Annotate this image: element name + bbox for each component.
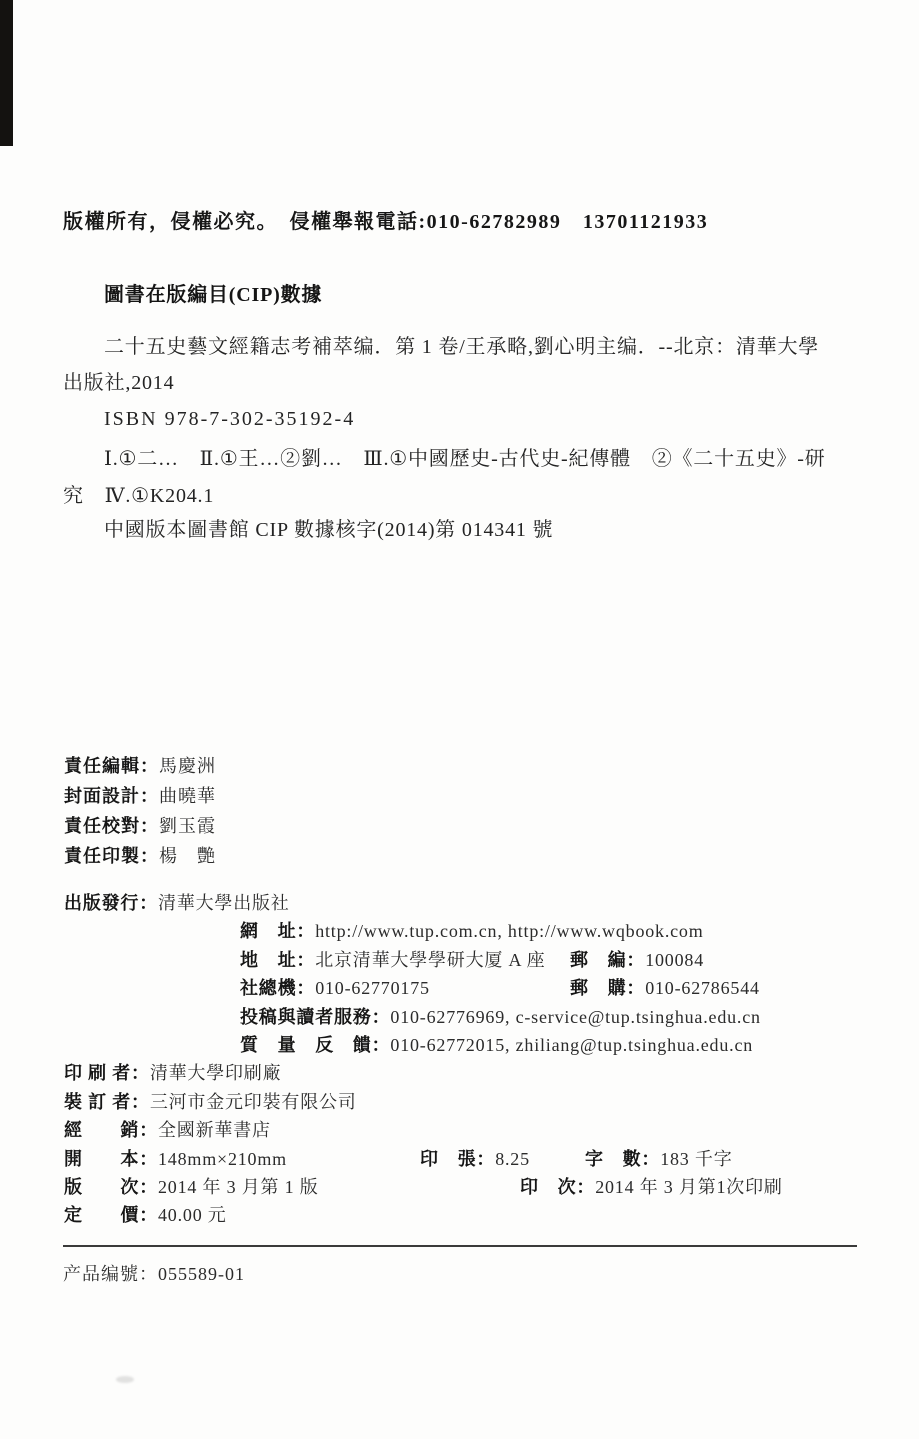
copyright-page: 版權所有，侵權必究。 侵權舉報電話:010-62782989 137011219… bbox=[0, 0, 919, 1439]
copyright-notice: 版權所有，侵權必究。 侵權舉報電話:010-62782989 137011219… bbox=[63, 205, 708, 234]
publishing-value: 全國新華書店 bbox=[158, 1120, 271, 1140]
publishing-label: 定 價： bbox=[64, 1205, 158, 1225]
publishing-row: 版 次：2014 年 3 月第 1 版 印 次：2014 年 3 月第1次印刷 bbox=[64, 1173, 876, 1201]
product-code: 产品编號：055589-01 bbox=[63, 1260, 245, 1286]
publishing-value: 100084 bbox=[645, 950, 704, 970]
publishing-block: 出版發行：清華大學出版社 網 址：http://www.tup.com.cn, … bbox=[64, 889, 876, 1230]
cip-header: 圖書在版編目(CIP)數據 bbox=[63, 280, 875, 310]
publishing-label: 網 址： bbox=[240, 921, 315, 941]
product-code-label: 产品编號： bbox=[63, 1264, 158, 1284]
staff-row: 責任印製：楊 艷 bbox=[64, 841, 216, 871]
staff-value: 曲曉華 bbox=[159, 786, 216, 806]
publishing-value: 010-62786544 bbox=[645, 978, 760, 998]
publishing-label: 印 刷 者： bbox=[64, 1063, 150, 1083]
publishing-label: 印 次： bbox=[520, 1177, 595, 1197]
publishing-row: 出版發行：清華大學出版社 bbox=[64, 889, 876, 917]
publishing-value: 010-62776969, c-service@tup.tsinghua.edu… bbox=[390, 1007, 760, 1027]
publishing-value: 010-62772015, zhiliang@tup.tsinghua.edu.… bbox=[390, 1035, 753, 1055]
publishing-row: 印 刷 者：清華大學印刷廠 bbox=[64, 1059, 876, 1087]
staff-label: 封面設計： bbox=[64, 786, 159, 806]
staff-value: 劉玉霞 bbox=[159, 816, 216, 836]
publishing-value: 清華大學出版社 bbox=[158, 893, 290, 913]
cip-block: 圖書在版編目(CIP)數據 二十五史藝文經籍志考補萃编．第 1 卷/王承略,劉心… bbox=[63, 280, 875, 545]
cip-title-line-2: 出版社,2014 bbox=[63, 368, 875, 398]
publishing-extra-pair: 郵 編：100084 bbox=[570, 946, 704, 974]
staff-label: 責任編輯： bbox=[64, 756, 159, 776]
staff-row: 責任編輯：馬慶洲 bbox=[64, 751, 216, 781]
publishing-print-pair: 印 次：2014 年 3 月第1次印刷 bbox=[520, 1173, 783, 1201]
publishing-value: 2014 年 3 月第 1 版 bbox=[158, 1177, 319, 1197]
cip-class-line-1: Ⅰ.①二… Ⅱ.①王…②劉… Ⅲ.①中國歷史-古代史-紀傳體 ②《二十五史》-研 bbox=[63, 444, 875, 474]
staff-block: 責任編輯：馬慶洲 封面設計：曲曉華 責任校對：劉玉霞 責任印製：楊 艷 bbox=[64, 751, 216, 871]
staff-label: 責任印製： bbox=[64, 846, 159, 866]
staff-value: 馬慶洲 bbox=[159, 756, 216, 776]
staff-row: 封面設計：曲曉華 bbox=[64, 781, 216, 811]
publishing-value: 010-62770175 bbox=[315, 978, 430, 998]
publishing-label: 社總機： bbox=[240, 978, 315, 998]
publishing-label: 出版發行： bbox=[64, 893, 158, 913]
cip-record: 中國版本圖書館 CIP 數據核字(2014)第 014341 號 bbox=[63, 515, 875, 545]
publishing-value: 40.00 元 bbox=[158, 1205, 227, 1225]
scan-smudge bbox=[116, 1376, 134, 1383]
publishing-value: http://www.tup.com.cn, http://www.wqbook… bbox=[315, 921, 703, 941]
publishing-label: 裝 訂 者： bbox=[64, 1092, 150, 1112]
publishing-label: 郵 編： bbox=[570, 950, 645, 970]
staff-value: 楊 艷 bbox=[159, 846, 216, 866]
divider-rule bbox=[63, 1245, 857, 1247]
publishing-value: 148mm×210mm bbox=[158, 1149, 287, 1169]
publishing-row: 網 址：http://www.tup.com.cn, http://www.wq… bbox=[64, 917, 876, 945]
publishing-extra-pair: 郵 購：010-62786544 bbox=[570, 974, 760, 1002]
publishing-label: 版 次： bbox=[64, 1177, 158, 1197]
publishing-value: 8.25 bbox=[495, 1149, 530, 1169]
publishing-extra-pair: 字 數：183 千字 bbox=[585, 1145, 733, 1173]
publishing-value: 三河市金元印裝有限公司 bbox=[150, 1092, 357, 1112]
publishing-row: 經 銷：全國新華書店 bbox=[64, 1116, 876, 1144]
publishing-value: 北京清華大學學研大厦 A 座 bbox=[315, 950, 545, 970]
isbn-line: ISBN 978-7-302-35192-4 bbox=[63, 404, 875, 434]
publishing-label: 地 址： bbox=[240, 950, 315, 970]
publishing-label: 開 本： bbox=[64, 1149, 158, 1169]
publishing-row: 質 量 反 饋：010-62772015, zhiliang@tup.tsing… bbox=[64, 1031, 876, 1059]
cip-class-line-2: 究 Ⅳ.①K204.1 bbox=[63, 481, 875, 511]
publishing-label: 字 數： bbox=[585, 1149, 660, 1169]
publishing-value: 183 千字 bbox=[660, 1149, 732, 1169]
publishing-label: 投稿與讀者服務： bbox=[240, 1007, 390, 1027]
publishing-label: 質 量 反 饋： bbox=[240, 1035, 390, 1055]
staff-label: 責任校對： bbox=[64, 816, 159, 836]
publishing-row: 定 價：40.00 元 bbox=[64, 1201, 876, 1229]
corner-scan-mark bbox=[0, 0, 13, 146]
publishing-value: 2014 年 3 月第1次印刷 bbox=[595, 1177, 783, 1197]
publishing-row: 開 本：148mm×210mm 印 張：8.25 字 數：183 千字 bbox=[64, 1145, 876, 1173]
publishing-label: 經 銷： bbox=[64, 1120, 158, 1140]
publishing-row: 投稿與讀者服務：010-62776969, c-service@tup.tsin… bbox=[64, 1003, 876, 1031]
cip-title-line-1: 二十五史藝文經籍志考補萃编．第 1 卷/王承略,劉心明主编．--北京：清華大學 bbox=[63, 332, 875, 362]
publishing-label: 郵 購： bbox=[570, 978, 645, 998]
publishing-mid-pair: 印 張：8.25 bbox=[420, 1145, 530, 1173]
publishing-row: 社總機：010-62770175 郵 購：010-62786544 bbox=[64, 974, 876, 1002]
publishing-label: 印 張： bbox=[420, 1149, 495, 1169]
staff-row: 責任校對：劉玉霞 bbox=[64, 811, 216, 841]
publishing-row: 裝 訂 者：三河市金元印裝有限公司 bbox=[64, 1088, 876, 1116]
publishing-value: 清華大學印刷廠 bbox=[150, 1063, 282, 1083]
product-code-value: 055589-01 bbox=[158, 1264, 245, 1284]
publishing-row: 地 址：北京清華大學學研大厦 A 座 郵 編：100084 bbox=[64, 946, 876, 974]
